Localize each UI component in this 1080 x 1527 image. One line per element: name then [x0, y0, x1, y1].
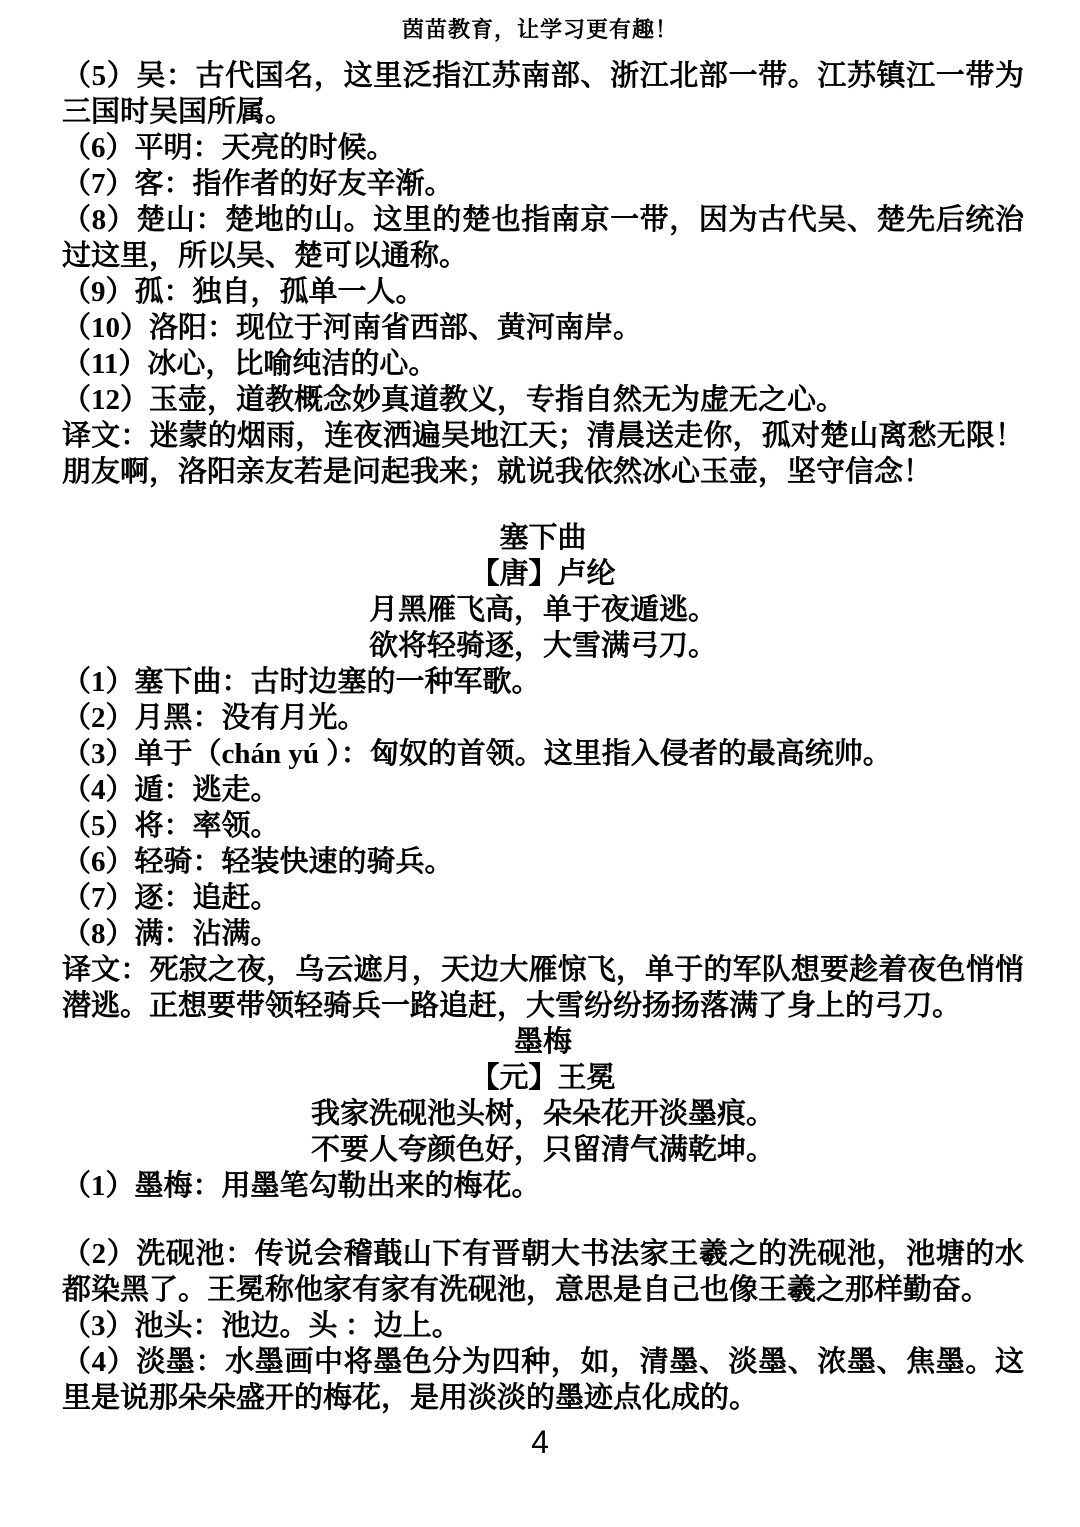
- annotation-line: （1）墨梅：用墨笔勾勒出来的梅花。: [62, 1168, 1024, 1204]
- translation-text: 译文：死寂之夜，乌云遮月，天边大雁惊飞，单于的军队想要趁着夜色悄悄潜逃。正想要带…: [62, 952, 1024, 1024]
- page-content: （5）吴：古代国名，这里泛指江苏南部、浙江北部一带。江苏镇江一带为三国时吴国所属…: [0, 44, 1080, 1416]
- annotation-line: （7）逐：追赶。: [62, 880, 1024, 916]
- page-footer: 4: [0, 1422, 1080, 1462]
- document-page: 茵苗教育，让学习更有趣！ （5）吴：古代国名，这里泛指江苏南部、浙江北部一带。江…: [0, 0, 1080, 1527]
- annotation-line: （2）月黑：没有月光。: [62, 700, 1024, 736]
- annotation-line: （8）满：沾满。: [62, 916, 1024, 952]
- annotation-line: （9）孤：独自，孤单一人。: [62, 274, 1024, 310]
- annotation-line: （6）轻骑：轻装快速的骑兵。: [62, 844, 1024, 880]
- annotation-line: （4）遁：逃走。: [62, 772, 1024, 808]
- translation-text: 译文：迷蒙的烟雨，连夜洒遍吴地江天；清晨送走你，孤对楚山离愁无限！朋友啊，洛阳亲…: [62, 418, 1024, 490]
- section-poem-saixiaqu: 塞下曲 【唐】卢纶 月黑雁飞高，单于夜遁逃。 欲将轻骑逐，大雪满弓刀。 （1）塞…: [62, 520, 1024, 1024]
- poem-verse-line: 欲将轻骑逐，大雪满弓刀。: [62, 628, 1024, 664]
- annotation-line: （2）洗砚池：传说会稽蕺山下有晋朝大书法家王羲之的洗砚池，池塘的水都染黑了。王冕…: [62, 1236, 1024, 1308]
- annotation-line: （12）玉壶，道教概念妙真道教义，专指自然无为虚无之心。: [62, 382, 1024, 418]
- poem-verse-line: 月黑雁飞高，单于夜遁逃。: [62, 592, 1024, 628]
- poem-verse-line: 不要人夸颜色好，只留清气满乾坤。: [62, 1132, 1024, 1168]
- page-header: 茵苗教育，让学习更有趣！: [0, 0, 1080, 44]
- annotation-line: （5）将：率领。: [62, 808, 1024, 844]
- annotation-line: （10）洛阳：现位于河南省西部、黄河南岸。: [62, 310, 1024, 346]
- header-title: 茵苗教育，让学习更有趣！: [402, 17, 678, 42]
- annotation-line: （5）吴：古代国名，这里泛指江苏南部、浙江北部一带。江苏镇江一带为三国时吴国所属…: [62, 58, 1024, 130]
- poem-title: 墨梅: [62, 1024, 1024, 1060]
- page-number: 4: [531, 1424, 549, 1460]
- annotation-line: （11）冰心，比喻纯洁的心。: [62, 346, 1024, 382]
- annotation-line: （8）楚山：楚地的山。这里的楚也指南京一带，因为古代吴、楚先后统治过这里，所以吴…: [62, 202, 1024, 274]
- poem-verse-line: 我家洗砚池头树，朵朵花开淡墨痕。: [62, 1096, 1024, 1132]
- annotation-line: （4）淡墨：水墨画中将墨色分为四种，如，清墨、淡墨、浓墨、焦墨。这里是说那朵朵盛…: [62, 1344, 1024, 1416]
- poem-author: 【唐】卢纶: [62, 556, 1024, 592]
- poem-author: 【元】王冕: [62, 1060, 1024, 1096]
- annotation-line: （1）塞下曲：古时边塞的一种军歌。: [62, 664, 1024, 700]
- section-annotations-previous-poem: （5）吴：古代国名，这里泛指江苏南部、浙江北部一带。江苏镇江一带为三国时吴国所属…: [62, 58, 1024, 490]
- annotation-line: （6）平明：天亮的时候。: [62, 130, 1024, 166]
- annotation-line: （3）单于（chán yú ）：匈奴的首领。这里指入侵者的最高统帅。: [62, 736, 1024, 772]
- section-poem-momei: 墨梅 【元】王冕 我家洗砚池头树，朵朵花开淡墨痕。 不要人夸颜色好，只留清气满乾…: [62, 1024, 1024, 1416]
- poem-title: 塞下曲: [62, 520, 1024, 556]
- annotation-line: （7）客：指作者的好友辛渐。: [62, 166, 1024, 202]
- annotation-line: （3）池头：池边。头 ：边上。: [62, 1308, 1024, 1344]
